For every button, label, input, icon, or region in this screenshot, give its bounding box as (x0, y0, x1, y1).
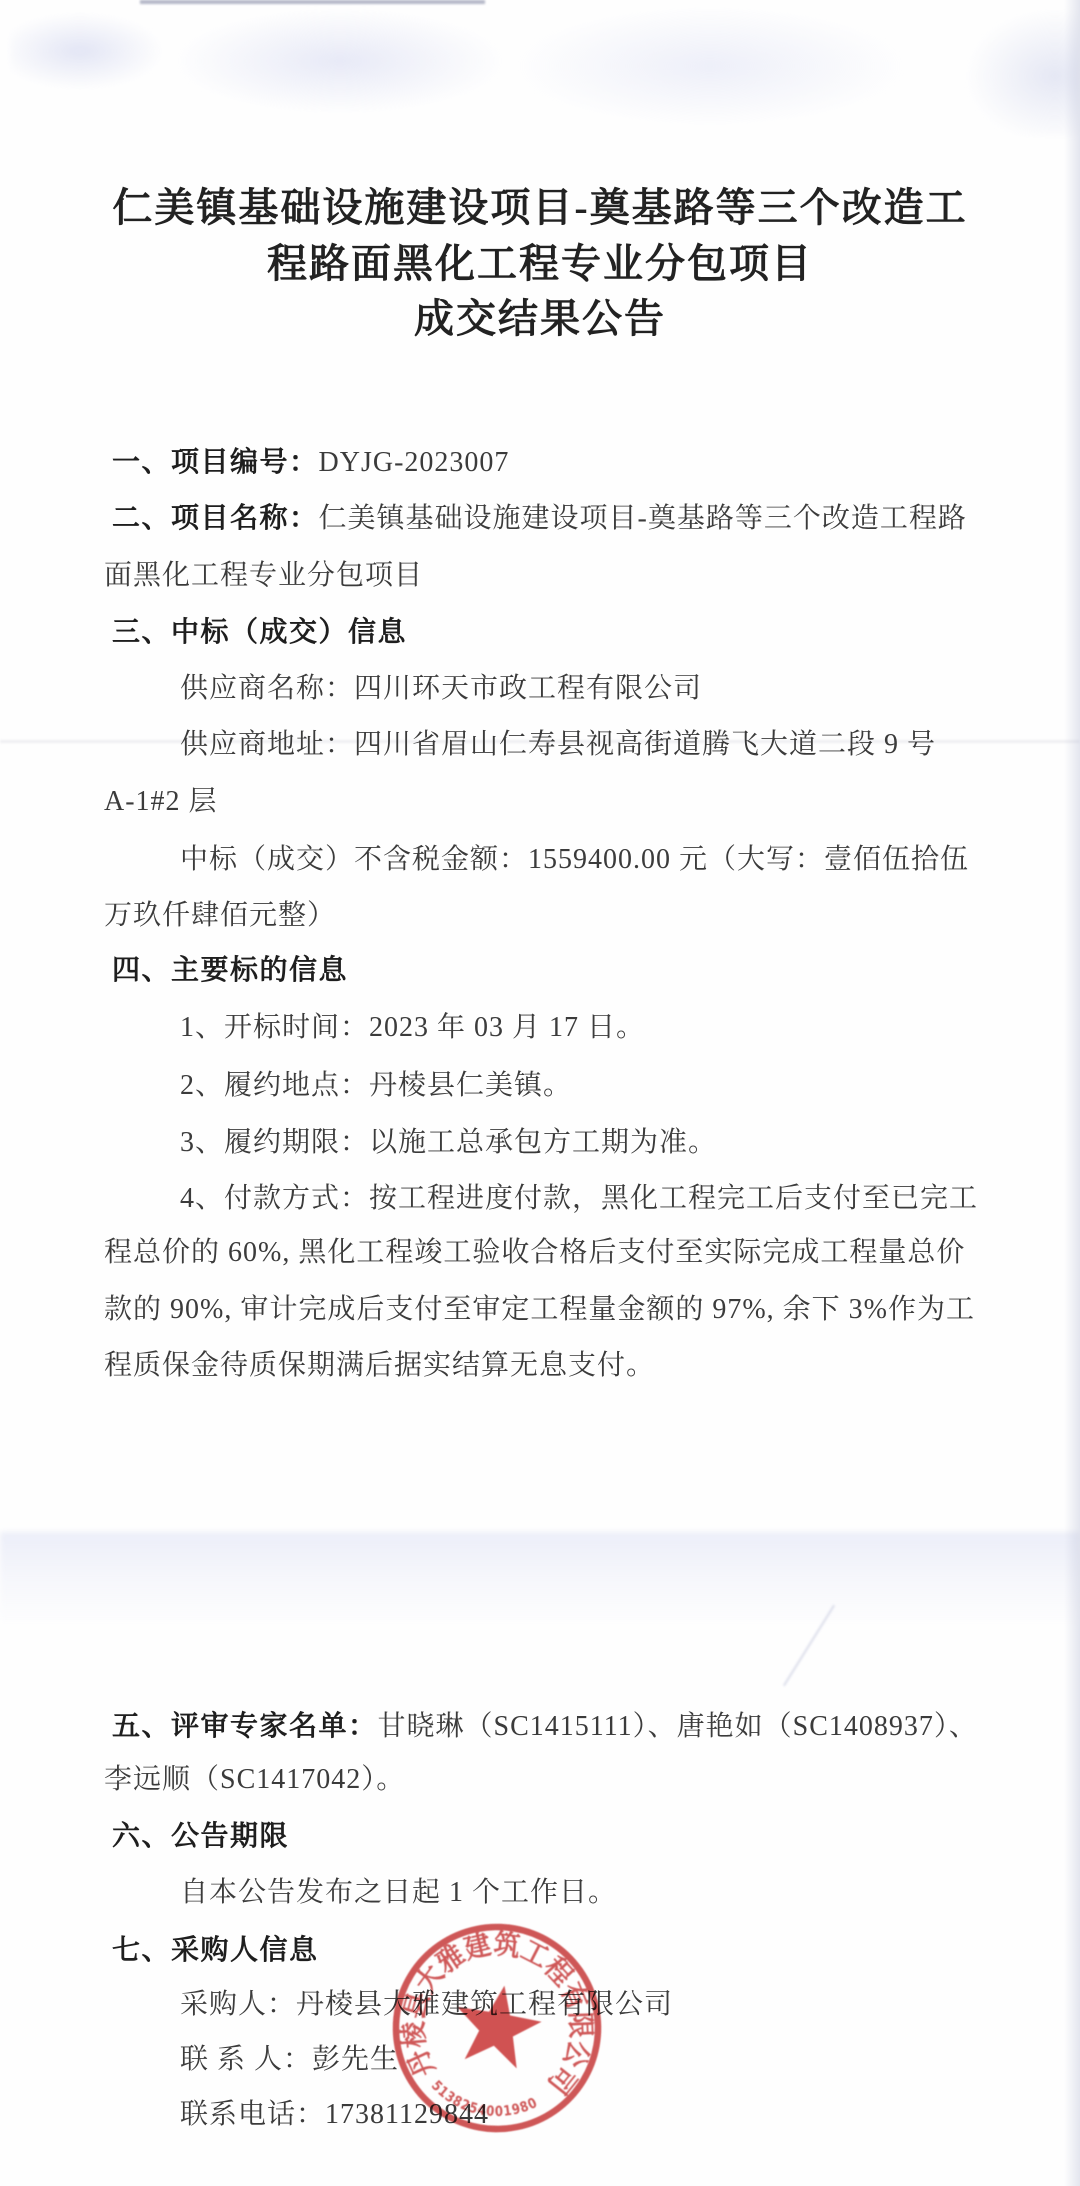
performance-term-line: 3、履约期限：以施工总承包方工期为准。 (180, 1123, 717, 1163)
star-icon (449, 1978, 547, 2071)
contact-person-line: 联 系 人：彭先生 (180, 2040, 399, 2080)
doc-title-line-2: 程路面黑化工程专业分包项目 (0, 232, 1080, 289)
section-4-heading: 四、主要标的信息 (112, 954, 348, 985)
section-5-heading: 五、评审专家名单： (112, 1710, 378, 1741)
payment-terms-line-4: 程质保金待质保期满后据实结算无息支付。 (104, 1346, 655, 1386)
scan-edge-line-top (140, 0, 485, 4)
company-seal-stamp: 丹棱县大雅建筑工程有限公司 5138254001980 (364, 1895, 630, 2161)
project-number: DYJG-2023007 (319, 447, 510, 478)
section-7-line: 七、采购人信息 (112, 1930, 319, 1971)
payment-terms-line-2: 程总价的 60%, 黑化工程竣工验收合格后支付至实际完成工程量总价 (104, 1233, 965, 1273)
bid-open-time-line: 1、开标时间：2023 年 03 月 17 日。 (180, 1008, 645, 1048)
section-2-heading: 二、项目名称： (112, 502, 319, 533)
section-6-heading: 六、公告期限 (112, 1820, 289, 1851)
section-3-heading: 三、中标（成交）信息 (112, 616, 407, 647)
section-1-line: 一、项目编号：DYJG-2023007 (112, 442, 509, 483)
section-6-line: 六、公告期限 (112, 1816, 289, 1857)
section-5-line-1: 五、评审专家名单：甘晓琳（SC1415111）、唐艳如（SC1408937）、 (112, 1706, 978, 1747)
performance-place-line: 2、履约地点：丹棱县仁美镇。 (180, 1066, 572, 1106)
payment-terms-line-3: 款的 90%, 审计完成后支付至审定工程量金额的 97%, 余下 3%作为工 (104, 1290, 975, 1330)
notice-period-line: 自本公告发布之日起 1 个工作日。 (180, 1873, 617, 1913)
section-5-line-2: 李远顺（SC1417042）。 (104, 1760, 405, 1800)
scan-seam-band (0, 1532, 1080, 1627)
project-name-part-1: 仁美镇基础设施建设项目-奠基路等三个改造工程路 (319, 503, 967, 534)
section-1-heading: 一、项目编号： (112, 446, 319, 477)
project-name-part-2: 面黑化工程专业分包项目 (104, 560, 423, 591)
expert-list-part-1: 甘晓琳（SC1415111）、唐艳如（SC1408937）、 (378, 1711, 978, 1742)
expert-list-part-2: 李远顺（SC1417042）。 (104, 1764, 405, 1795)
section-4-line: 四、主要标的信息 (112, 950, 348, 991)
award-amount-line-2: 万玖仟肆佰元整） (104, 896, 336, 936)
scan-smudge-top (10, 6, 1080, 136)
section-2-line-2: 面黑化工程专业分包项目 (104, 556, 423, 596)
doc-title-line-1: 仁美镇基础设施建设项目-奠基路等三个改造工 (0, 176, 1080, 233)
supplier-address-line-2: A-1#2 层 (104, 782, 218, 822)
award-amount-line-1: 中标（成交）不含税金额：1559400.00 元（大写：壹佰伍拾伍 (180, 840, 969, 880)
doc-title-line-3: 成交结果公告 (0, 287, 1080, 344)
payment-terms-line-1: 4、付款方式：按工程进度付款，黑化工程完工后支付至已完工 (180, 1179, 978, 1219)
supplier-name-line: 供应商名称：四川环天市政工程有限公司 (180, 669, 702, 709)
seal-code-text: 5138254001980 (424, 2076, 542, 2128)
scan-streak (783, 1605, 835, 1687)
supplier-address-line-1: 供应商地址：四川省眉山仁寿县视高街道腾飞大道二段 9 号 (180, 725, 936, 765)
section-2-line-1: 二、项目名称：仁美镇基础设施建设项目-奠基路等三个改造工程路 (112, 498, 967, 539)
section-3-line: 三、中标（成交）信息 (112, 612, 407, 653)
document-page: 仁美镇基础设施建设项目-奠基路等三个改造工 程路面黑化工程专业分包项目 成交结果… (0, 0, 1080, 2186)
section-7-heading: 七、采购人信息 (112, 1934, 319, 1965)
